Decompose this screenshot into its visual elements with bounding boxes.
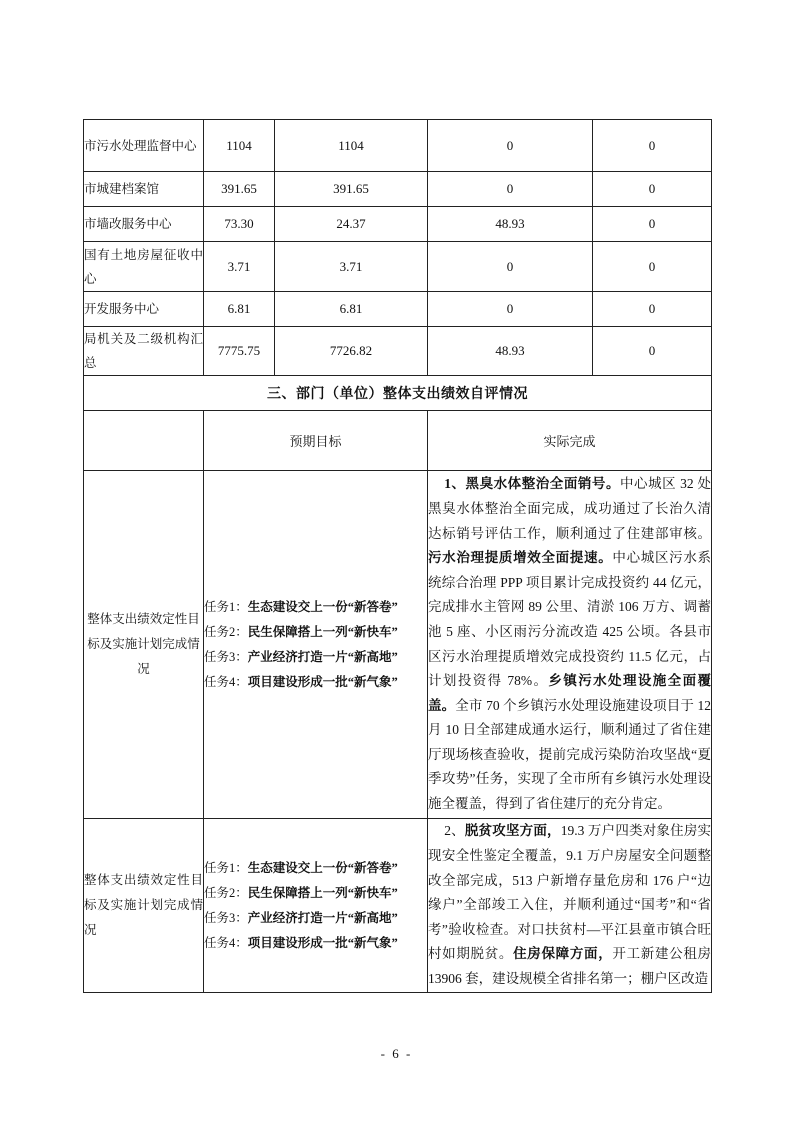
- task-item: 任务3：产业经济打造一片“新高地”: [204, 645, 427, 670]
- section-title: 三、部门（单位）整体支出绩效自评情况: [84, 376, 712, 411]
- amount-cell: 3.71: [204, 242, 275, 292]
- task-item: 任务2：民生保障搭上一列“新快车”: [204, 881, 427, 906]
- eval-row: 整体支出绩效定性目标及实施计划完成情况 任务1：生态建设交上一份“新答卷”任务2…: [84, 819, 712, 993]
- task-item: 任务1：生态建设交上一份“新答卷”: [204, 856, 427, 881]
- tasks-list: 任务1：生态建设交上一份“新答卷”任务2：民生保障搭上一列“新快车”任务3：产业…: [204, 856, 427, 956]
- org-name-cell: 局机关及二级机构汇总: [84, 327, 204, 376]
- task-item: 任务1：生态建设交上一份“新答卷”: [204, 595, 427, 620]
- actual-text: 1、黑臭水体整治全面销号。中心城区 32 处黑臭水体整治全面完成，成功通过了长治…: [428, 472, 711, 816]
- summary-row: 市墙改服务中心73.3024.3748.930: [84, 207, 712, 242]
- task-item: 任务3：产业经济打造一片“新高地”: [204, 906, 427, 931]
- amount-cell: 0: [593, 207, 712, 242]
- task-item: 任务2：民生保障搭上一列“新快车”: [204, 620, 427, 645]
- actual-completion-cell: 1、黑臭水体整治全面销号。中心城区 32 处黑臭水体整治全面完成，成功通过了长治…: [428, 471, 712, 819]
- tasks-list: 任务1：生态建设交上一份“新答卷”任务2：民生保障搭上一列“新快车”任务3：产业…: [204, 595, 427, 695]
- amount-cell: 0: [593, 242, 712, 292]
- column-header-expected: 预期目标: [204, 411, 428, 471]
- eval-row: 整体支出绩效定性目标及实施计划完成情况 任务1：生态建设交上一份“新答卷”任务2…: [84, 471, 712, 819]
- amount-cell: 6.81: [204, 292, 275, 327]
- amount-cell: 7726.82: [275, 327, 428, 376]
- summary-row: 开发服务中心6.816.8100: [84, 292, 712, 327]
- document-page: 市污水处理监督中心1104110400市城建档案馆391.65391.6500市…: [0, 0, 793, 1122]
- summary-row: 市城建档案馆391.65391.6500: [84, 172, 712, 207]
- summary-row: 国有土地房屋征收中心3.713.7100: [84, 242, 712, 292]
- amount-cell: 0: [593, 120, 712, 172]
- amount-cell: 391.65: [275, 172, 428, 207]
- amount-cell: 0: [428, 120, 593, 172]
- amount-cell: 1104: [204, 120, 275, 172]
- actual-text: 2、脱贫攻坚方面，19.3 万户四类对象住房实现安全性鉴定全覆盖，9.1 万户房…: [428, 819, 711, 991]
- amount-cell: 0: [593, 327, 712, 376]
- amount-cell: 0: [428, 292, 593, 327]
- budget-performance-table: 市污水处理监督中心1104110400市城建档案馆391.65391.6500市…: [83, 119, 712, 993]
- eval-label: 整体支出绩效定性目标及实施计划完成情况: [84, 471, 204, 819]
- amount-cell: 0: [593, 292, 712, 327]
- amount-cell: 0: [593, 172, 712, 207]
- amount-cell: 3.71: [275, 242, 428, 292]
- expected-goals-cell: 任务1：生态建设交上一份“新答卷”任务2：民生保障搭上一列“新快车”任务3：产业…: [204, 819, 428, 993]
- expected-goals-cell: 任务1：生态建设交上一份“新答卷”任务2：民生保障搭上一列“新快车”任务3：产业…: [204, 471, 428, 819]
- actual-completion-cell: 2、脱贫攻坚方面，19.3 万户四类对象住房实现安全性鉴定全覆盖，9.1 万户房…: [428, 819, 712, 993]
- amount-cell: 391.65: [204, 172, 275, 207]
- eval-header-row: 预期目标 实际完成: [84, 411, 712, 471]
- eval-label: 整体支出绩效定性目标及实施计划完成情况: [84, 819, 204, 993]
- amount-cell: 73.30: [204, 207, 275, 242]
- summary-row: 市污水处理监督中心1104110400: [84, 120, 712, 172]
- org-name-cell: 市墙改服务中心: [84, 207, 204, 242]
- column-header-actual: 实际完成: [428, 411, 712, 471]
- org-name-cell: 开发服务中心: [84, 292, 204, 327]
- org-name-cell: 市城建档案馆: [84, 172, 204, 207]
- summary-table-body: 市污水处理监督中心1104110400市城建档案馆391.65391.6500市…: [84, 120, 712, 376]
- amount-cell: 0: [428, 172, 593, 207]
- header-blank-cell: [84, 411, 204, 471]
- amount-cell: 48.93: [428, 327, 593, 376]
- amount-cell: 24.37: [275, 207, 428, 242]
- org-name-cell: 市污水处理监督中心: [84, 120, 204, 172]
- amount-cell: 7775.75: [204, 327, 275, 376]
- amount-cell: 6.81: [275, 292, 428, 327]
- task-item: 任务4：项目建设形成一批“新气象”: [204, 931, 427, 956]
- page-number: - 6 -: [0, 1046, 793, 1062]
- amount-cell: 1104: [275, 120, 428, 172]
- section-row: 三、部门（单位）整体支出绩效自评情况: [84, 376, 712, 411]
- task-item: 任务4：项目建设形成一批“新气象”: [204, 670, 427, 695]
- org-name-cell: 国有土地房屋征收中心: [84, 242, 204, 292]
- summary-row: 局机关及二级机构汇总7775.757726.8248.930: [84, 327, 712, 376]
- amount-cell: 48.93: [428, 207, 593, 242]
- amount-cell: 0: [428, 242, 593, 292]
